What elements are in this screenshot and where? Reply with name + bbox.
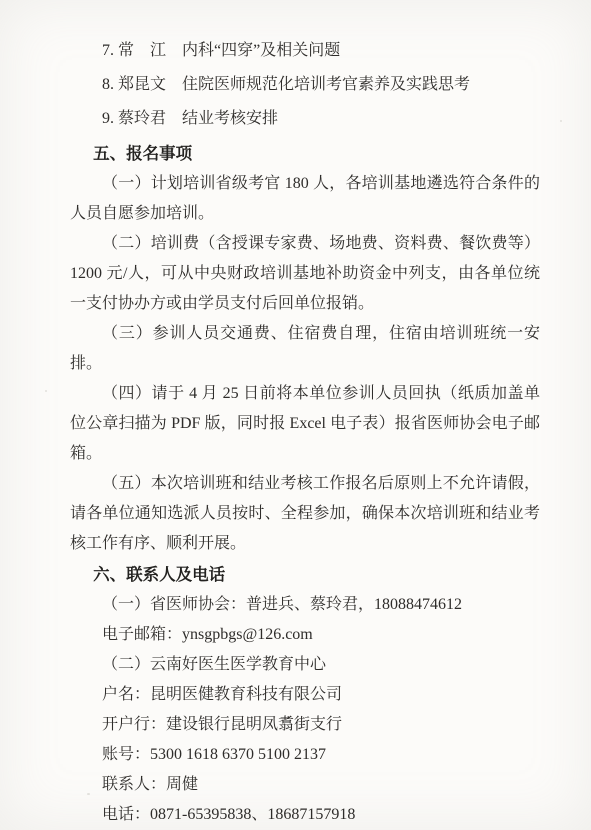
- scanned-document-page: 7. 常 江 内科“四穿”及相关问题 8. 郑昆文 住院医师规范化培训考官素养及…: [0, 0, 591, 830]
- lecture-list-item: 9. 蔡玲君 结业考核安排: [70, 104, 540, 134]
- section5-paragraph-5: （五）本次培训班和结业考核工作报名后原则上不允许请假，请各单位通知选派人员按时、…: [70, 469, 540, 559]
- document-content: 7. 常 江 内科“四穿”及相关问题 8. 郑昆文 住院医师规范化培训考官素养及…: [70, 36, 540, 830]
- scan-noise-speck: [560, 120, 562, 122]
- bank-account-number-line: 账号：5300 1618 6370 5100 2137: [70, 740, 540, 770]
- section6-heading: 六、联系人及电话: [70, 559, 540, 590]
- contact-association-line: （一）省医师协会：普进兵、蔡玲君，18088474612: [70, 590, 540, 620]
- bank-account-name-line: 户名：昆明医健教育科技有限公司: [70, 680, 540, 710]
- section5-paragraph-4: （四）请于 4 月 25 日前将本单位参训人员回执（纸质加盖单位公章扫描为 PD…: [70, 379, 540, 469]
- contact-center-line: （二）云南好医生医学教育中心: [70, 650, 540, 680]
- lecture-list-item: 7. 常 江 内科“四穿”及相关问题: [70, 36, 540, 66]
- contact-phone-line: 电话：0871-65395838、18687157918: [70, 800, 540, 830]
- contact-email-line: 电子邮箱：ynsgpbgs@126.com: [70, 620, 540, 650]
- scan-noise-speck: [45, 390, 47, 392]
- contact-person-line: 联系人：周健: [70, 770, 540, 800]
- bank-branch-line: 开户行：建设银行昆明凤翥街支行: [70, 710, 540, 740]
- section5-paragraph-2: （二）培训费（含授课专家费、场地费、资料费、餐饮费等）1200 元/人，可从中央…: [70, 229, 540, 319]
- scan-noise-speck: [87, 793, 90, 795]
- lecture-list-item: 8. 郑昆文 住院医师规范化培训考官素养及实践思考: [70, 70, 540, 100]
- section5-heading: 五、报名事项: [70, 138, 540, 169]
- section5-paragraph-1: （一）计划培训省级考官 180 人，各培训基地遴选符合条件的人员自愿参加培训。: [70, 169, 540, 229]
- section5-paragraph-3: （三）参训人员交通费、住宿费自理，住宿由培训班统一安排。: [70, 319, 540, 379]
